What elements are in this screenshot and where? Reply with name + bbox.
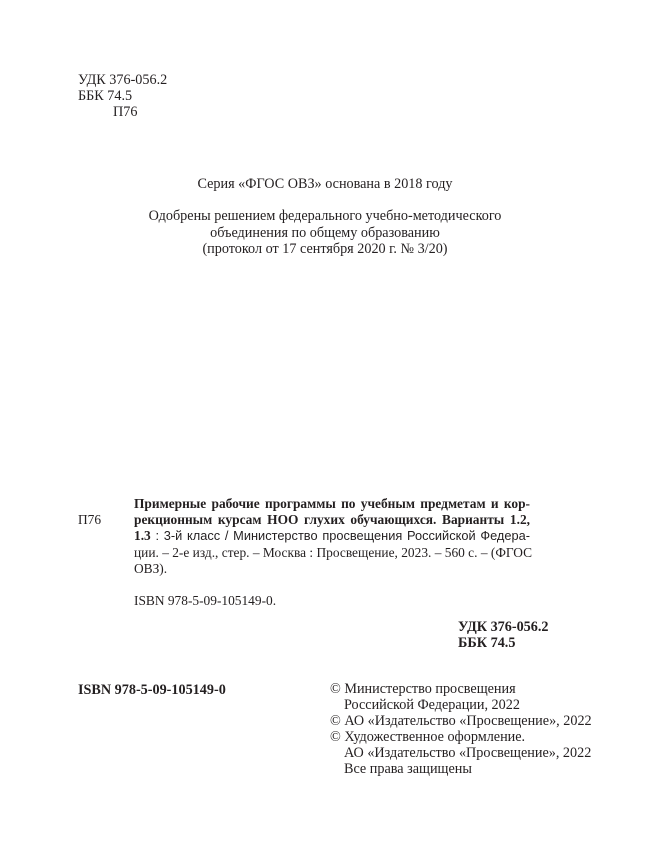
copyright-line: © Художественное оформление. [330,729,592,745]
index-codes: УДК 376-056.2 ББК 74.5 [458,619,549,651]
approval-note: Одобрены решением федерального учебно-ме… [0,208,650,258]
series-note: Серия «ФГОС ОВЗ» основана в 2018 году [0,176,650,193]
record-author-mark: П76 [78,512,101,528]
bbk-code-bold: ББК 74.5 [458,635,549,651]
copyright-line: © Министерство просвещения [330,681,592,697]
copyright-line: Российской Федерации, 2022 [330,697,592,713]
record-details-line: ОВЗ). [134,561,530,577]
approval-line: (протокол от 17 сентября 2020 г. № 3/20) [0,241,650,258]
copyright-line: АО «Издательство «Просвещение», 2022 [330,745,592,761]
approval-line: объединения по общему образованию [0,225,650,242]
record-isbn: ISBN 978-5-09-105149-0. [134,593,276,609]
copyright-line: © АО «Издательство «Просвещение», 2022 [330,713,592,729]
record-details-line: 1.3 : 3-й класс / Министерство просвещен… [134,528,530,544]
udk-code-bold: УДК 376-056.2 [458,619,549,635]
record-title-line: рекционным курсам НОО глухих обучающихся… [134,512,530,528]
udk-code: УДК 376-056.2 [78,72,167,88]
record-variant: 1.3 [134,528,151,543]
bbk-code: ББК 74.5 [78,88,167,104]
record-details-line: ции. – 2-е изд., стер. – Москва : Просве… [134,545,530,561]
isbn-main: ISBN 978-5-09-105149-0 [78,682,226,699]
bibliographic-record: Примерные рабочие программы по учебным п… [78,496,530,577]
author-mark: П76 [78,104,167,120]
record-title-line: Примерные рабочие программы по учебным п… [134,496,530,512]
copyright-line: Все права защищены [330,761,592,777]
copyright-block: © Министерство просвещения Российской Фе… [330,681,592,777]
approval-line: Одобрены решением федерального учебно-ме… [0,208,650,225]
record-details-text: : 3-й класс / Министерство просвещения Р… [151,528,530,543]
top-classification-codes: УДК 376-056.2 ББК 74.5 П76 [78,72,167,120]
